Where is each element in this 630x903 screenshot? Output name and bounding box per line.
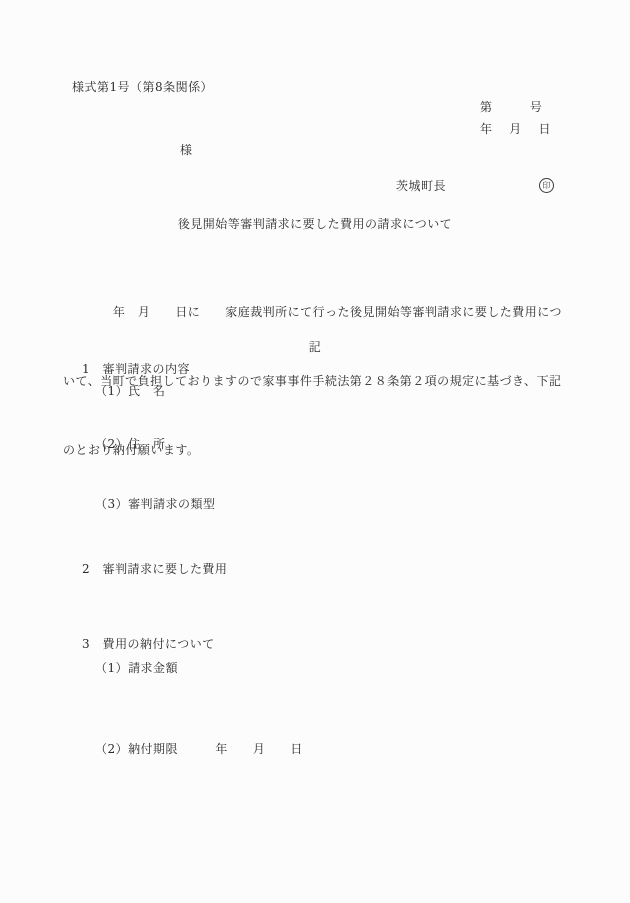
item-1-sub-address: （2）住 所: [95, 435, 166, 452]
sender-line: 茨城町長 印: [396, 177, 554, 194]
item-2-heading: 2 審判請求に要した費用: [82, 560, 227, 577]
body-line: 年 月 日に 家庭裁判所にて行った後見開始等審判請求に要した費用につ: [63, 301, 562, 324]
sender-name: 茨城町長: [396, 177, 446, 194]
item-3-sub-amount: （1）請求金額: [95, 659, 178, 676]
item-1-sub-name: （1）氏 名: [95, 382, 166, 399]
item-1-sub-type: （3）審判請求の類型: [95, 495, 215, 512]
form-label: 様式第1号（第8条関係）: [72, 78, 213, 95]
doc-number-blank: 第 号: [480, 98, 542, 115]
item-1-heading: 1 審判請求の内容: [82, 360, 190, 377]
item-3-heading: 3 費用の納付について: [82, 635, 215, 652]
document-page: 様式第1号（第8条関係） 第 号 年 月 日 様 茨城町長 印 後見開始等審判請…: [0, 0, 630, 903]
seal-icon: 印: [539, 178, 554, 193]
record-mark: 記: [0, 338, 630, 355]
addressee-suffix: 様: [180, 141, 192, 158]
document-title: 後見開始等審判請求に要した費用の請求について: [0, 215, 630, 232]
item-3-sub-deadline: （2）納付期限 年 月 日: [95, 740, 303, 757]
date-blank: 年 月 日: [480, 120, 551, 137]
